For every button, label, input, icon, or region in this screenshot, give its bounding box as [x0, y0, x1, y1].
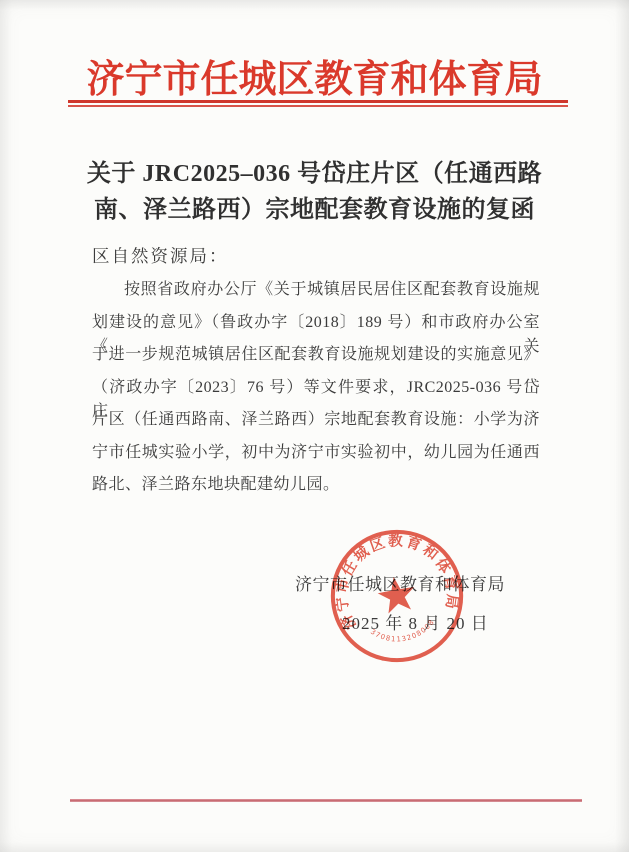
- addressee-line: 区自然资源局：: [92, 243, 229, 268]
- document-title-line-2: 南、泽兰路西）宗地配套教育设施的复函: [40, 192, 589, 228]
- body-line: 宁市任城实验小学，初中为济宁市实验初中，幼儿园为任通西: [92, 441, 540, 474]
- letterhead-org-name: 济宁市任城区教育和体育局: [0, 48, 629, 103]
- document-title-line-1: 关于 JRC2025–036 号岱庄片区（任通西路: [40, 156, 589, 192]
- letter-body: 按照省政府办公厅《关于城镇居民居住区配套教育设施规 划建设的意见》（鲁政办字〔2…: [92, 278, 540, 506]
- document-title: 关于 JRC2025–036 号岱庄片区（任通西路 南、泽兰路西）宗地配套教育设…: [40, 156, 589, 228]
- document-page: 济宁市任城区教育和体育局 关于 JRC2025–036 号岱庄片区（任通西路 南…: [0, 0, 629, 852]
- official-seal: 济宁市任城区教育和体育局 3708113208008: [317, 516, 477, 676]
- footer-rule: [70, 799, 582, 802]
- seal-star: [375, 574, 418, 615]
- body-line: 划建设的意见》（鲁政办字〔2018〕189 号）和市政府办公室《关: [92, 311, 540, 344]
- body-line: 按照省政府办公厅《关于城镇居民居住区配套教育设施规: [92, 278, 540, 311]
- body-line: 路北、泽兰路东地块配建幼儿园。: [92, 473, 540, 506]
- body-line: 于进一步规范城镇居住区配套教育设施规划建设的实施意见》: [92, 343, 540, 376]
- letterhead-rule-thick: [68, 100, 568, 103]
- body-line: 片区（任通西路南、泽兰路西）宗地配套教育设施：小学为济: [92, 408, 540, 441]
- body-line: （济政办字〔2023〕76 号）等文件要求，JRC2025-036 号岱庄: [92, 376, 540, 409]
- seal-code: 3708113208008: [368, 617, 439, 649]
- letterhead-rule-thin: [68, 105, 568, 107]
